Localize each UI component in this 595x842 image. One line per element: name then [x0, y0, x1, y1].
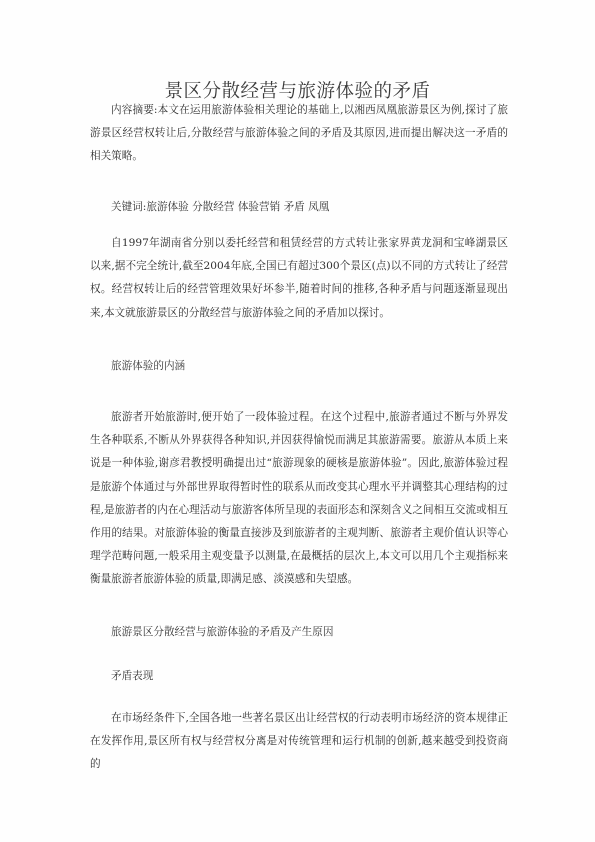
section-heading-contradiction: 旅游景区分散经营与旅游体验的矛盾及产生原因: [111, 624, 333, 640]
tourism-experience-paragraph: 旅游者开始旅游时,便开始了一段体验过程。在这个过程中,旅游者通过不断与外界发生各…: [90, 406, 508, 592]
document-page: 景区分散经营与旅游体验的矛盾 内容摘要:本文在运用旅游体验相关理论的基础上,以湘…: [0, 0, 595, 842]
subsection-heading-manifestation: 矛盾表现: [111, 668, 153, 684]
market-paragraph: 在市场经条件下,全国各地一些著名景区出让经营权的行动表明市场经济的资本规律正在发…: [90, 707, 508, 777]
intro-paragraph: 自1997年湖南省分别以委托经营和租赁经营的方式转让张家界黄龙洞和宝峰湖景区以来…: [90, 232, 508, 325]
section-heading-tourism-experience: 旅游体验的内涵: [111, 358, 185, 374]
keywords-line: 关键词:旅游体验 分散经营 体验营销 矛盾 凤凰: [111, 199, 329, 215]
abstract-paragraph: 内容摘要:本文在运用旅游体验相关理论的基础上,以湘西凤凰旅游景区为例,探讨了旅游…: [90, 99, 508, 169]
